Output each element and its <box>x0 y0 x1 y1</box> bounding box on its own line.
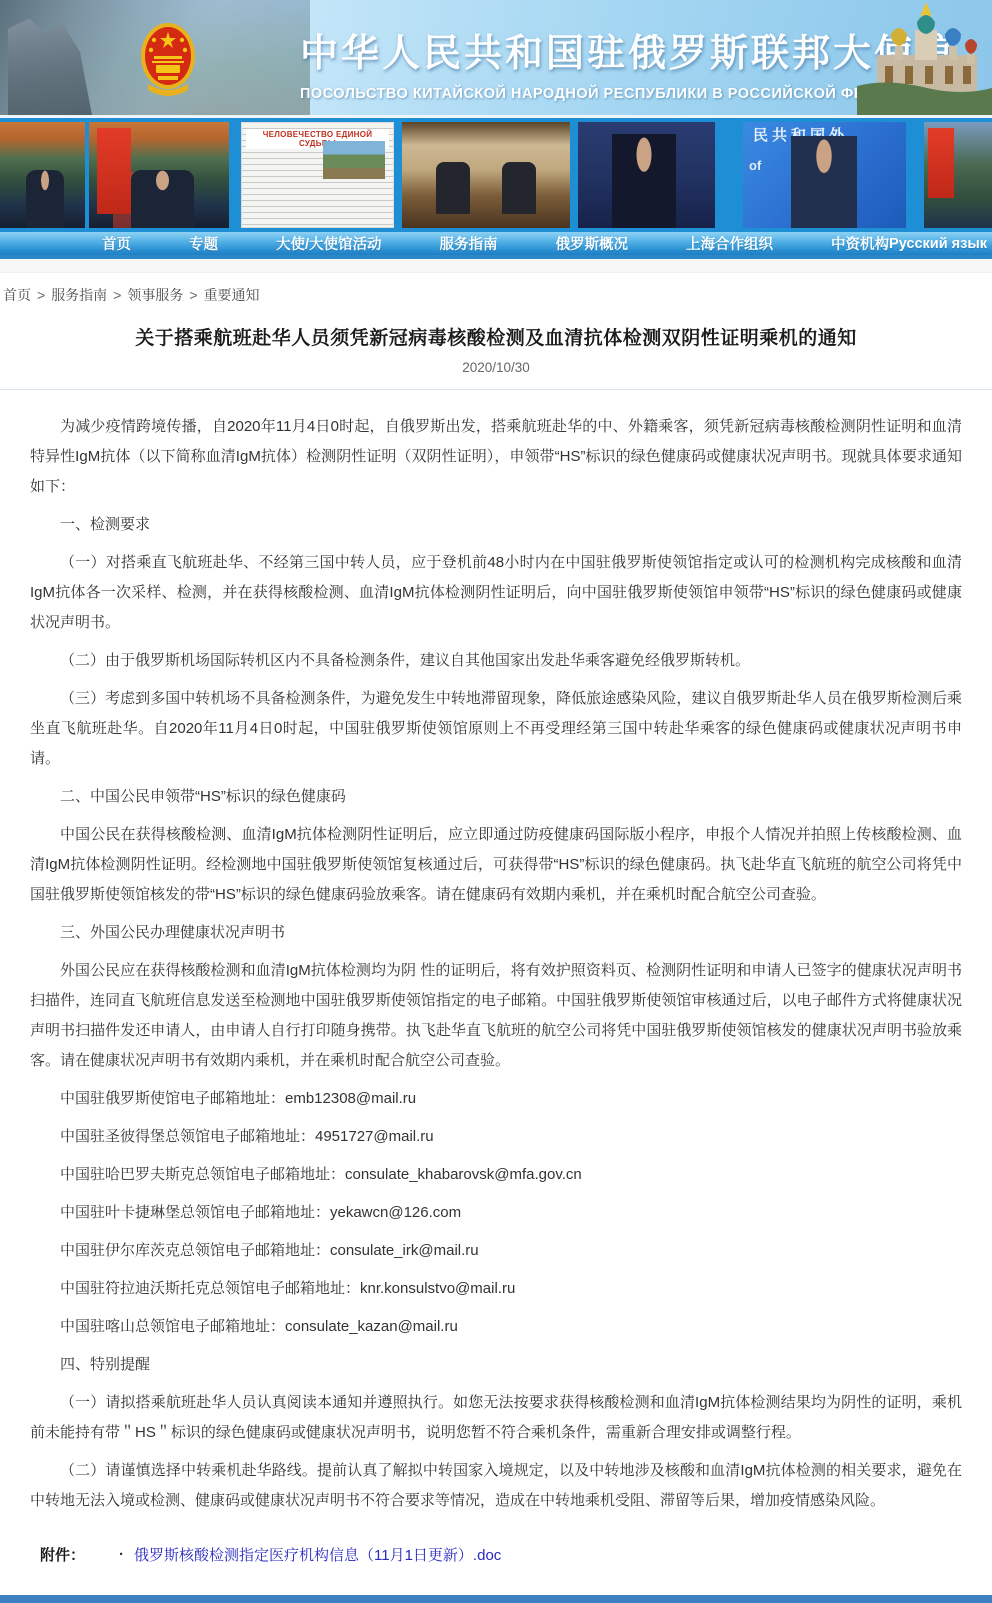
banner-photo-newspaper[interactable]: ЧЕЛОВЕЧЕСТВО ЕДИНОЙ СУДЬБЫ <box>241 122 394 228</box>
article-paragraph: 为减少疫情跨境传播，自2020年11月4日0时起，自俄罗斯出发，搭乘航班赴华的中… <box>30 412 962 502</box>
breadcrumb-link[interactable]: 首页 <box>3 287 31 303</box>
article-paragraph: 中国驻圣彼得堡总领馆电子邮箱地址：4951727@mail.ru <box>30 1122 962 1152</box>
nav-item[interactable]: 专题 <box>189 233 218 254</box>
banner-photo-meeting[interactable] <box>402 122 570 228</box>
article-body: 为减少疫情跨境传播，自2020年11月4日0时起，自俄罗斯出发，搭乘航班赴华的中… <box>0 390 992 1530</box>
breadcrumb-separator: > <box>113 287 121 303</box>
china-national-emblem-icon <box>140 22 196 105</box>
page-title: 关于搭乘航班赴华人员须凭新冠病毒核酸检测及血清抗体检测双阴性证明乘机的通知 <box>0 309 992 350</box>
church-image <box>857 0 992 115</box>
nav-item-russian-language[interactable]: Русский язык <box>889 236 987 252</box>
banner-photo-xi-flag[interactable] <box>89 122 229 228</box>
breadcrumb-link[interactable]: 领事服务 <box>127 287 183 303</box>
article-paragraph: （一）对搭乘直飞航班赴华、不经第三国中转人员，应于登机前48小时内在中国驻俄罗斯… <box>30 548 962 638</box>
article-paragraph: 中国驻符拉迪沃斯托克总领馆电子邮箱地址：knr.konsulstvo@mail.… <box>30 1274 962 1304</box>
attachment-label: 附件： <box>40 1544 85 1565</box>
banner-photo-spokesperson[interactable] <box>578 122 715 228</box>
photo-banner-strip: ЧЕЛОВЕЧЕСТВО ЕДИНОЙ СУДЬБЫ 民共和国外 of <box>0 115 992 232</box>
article-paragraph: （二）由于俄罗斯机场国际转机区内不具备检测条件，建议自其他国家出发赴华乘客避免经… <box>30 646 962 676</box>
article-paragraph: 中国驻伊尔库茨克总领馆电子邮箱地址：consulate_irk@mail.ru <box>30 1236 962 1266</box>
mfa-backdrop-text: 民共和国外 <box>753 124 848 145</box>
nav-item[interactable]: 首页 <box>102 233 131 254</box>
article-paragraph: 三、外国公民办理健康状况声明书 <box>30 918 962 948</box>
banner-photo-flag-scene[interactable] <box>924 122 992 228</box>
breadcrumb-link[interactable]: 重要通知 <box>204 287 260 303</box>
breadcrumb-link[interactable]: 服务指南 <box>51 287 107 303</box>
newspaper-headline: ЧЕЛОВЕЧЕСТВО ЕДИНОЙ СУДЬБЫ <box>246 129 389 149</box>
breadcrumb-separator: > <box>37 287 45 303</box>
article-paragraph: 中国公民在获得核酸检测、血清IgM抗体检测阴性证明后，应立即通过防疫健康码国际版… <box>30 820 962 910</box>
breadcrumb-separator: > <box>189 287 197 303</box>
article-paragraph: 中国驻叶卡捷琳堡总领馆电子邮箱地址：yekawcn@126.com <box>30 1198 962 1228</box>
nav-menu: 首页专题大使/大使馆活动服务指南俄罗斯概况上海合作组织中资机构 <box>0 233 889 254</box>
nav-item[interactable]: 俄罗斯概况 <box>556 233 629 254</box>
article-paragraph: 二、中国公民申领带“HS”标识的绿色健康码 <box>30 782 962 812</box>
article-paragraph: 中国驻喀山总领馆电子邮箱地址：consulate_kazan@mail.ru <box>30 1312 962 1342</box>
nav-gap-strip <box>0 259 992 273</box>
main-navigation: 首页专题大使/大使馆活动服务指南俄罗斯概况上海合作组织中资机构 Русский … <box>0 232 992 259</box>
banner-photo-xi-speech[interactable] <box>0 122 85 228</box>
header-banner: 中华人民共和国驻俄罗斯联邦大使馆 ПОСОЛЬСТВО КИТАЙСКОЙ НА… <box>0 0 992 115</box>
article-paragraph: 一、检测要求 <box>30 510 962 540</box>
banner-photo-mfa-briefing[interactable]: 民共和国外 of <box>743 122 906 228</box>
nav-item[interactable]: 服务指南 <box>440 233 498 254</box>
article-paragraph: 中国驻俄罗斯使馆电子邮箱地址：emb12308@mail.ru <box>30 1084 962 1114</box>
bullet-icon: · <box>119 1546 124 1563</box>
nav-item[interactable]: 上海合作组织 <box>686 233 773 254</box>
nav-item[interactable]: 大使/大使馆活动 <box>276 233 382 254</box>
article-paragraph: （一）请拟搭乘航班赴华人员认真阅读本通知并遵照执行。如您无法按要求获得核酸检测和… <box>30 1388 962 1448</box>
attachment-doc-link[interactable]: 俄罗斯核酸检测指定医疗机构信息（11月1日更新）.doc <box>134 1544 501 1565</box>
article-paragraph: 中国驻哈巴罗夫斯克总领馆电子邮箱地址：consulate_khabarovsk@… <box>30 1160 962 1190</box>
article-paragraph: （三）考虑到多国中转机场不具备检测条件，为避免发生中转地滞留现象，降低旅途感染风… <box>30 684 962 774</box>
article-date: 2020/10/30 <box>0 350 992 389</box>
article-paragraph: 四、特别提醒 <box>30 1350 962 1380</box>
article-paragraph: 外国公民应在获得核酸检测和血清IgM抗体检测均为阴 性的证明后，将有效护照资料页… <box>30 956 962 1076</box>
footer-bar <box>0 1595 992 1603</box>
breadcrumb: 首页>服务指南>领事服务>重要通知 <box>0 273 992 309</box>
mfa-backdrop-text-2: of <box>749 158 761 173</box>
nav-item[interactable]: 中资机构 <box>831 233 889 254</box>
attachment-row: 附件： · 俄罗斯核酸检测指定医疗机构信息（11月1日更新）.doc <box>0 1530 992 1591</box>
article-paragraph: （二）请谨慎选择中转乘机赴华路线。提前认真了解拟中转国家入境规定，以及中转地涉及… <box>30 1456 962 1516</box>
